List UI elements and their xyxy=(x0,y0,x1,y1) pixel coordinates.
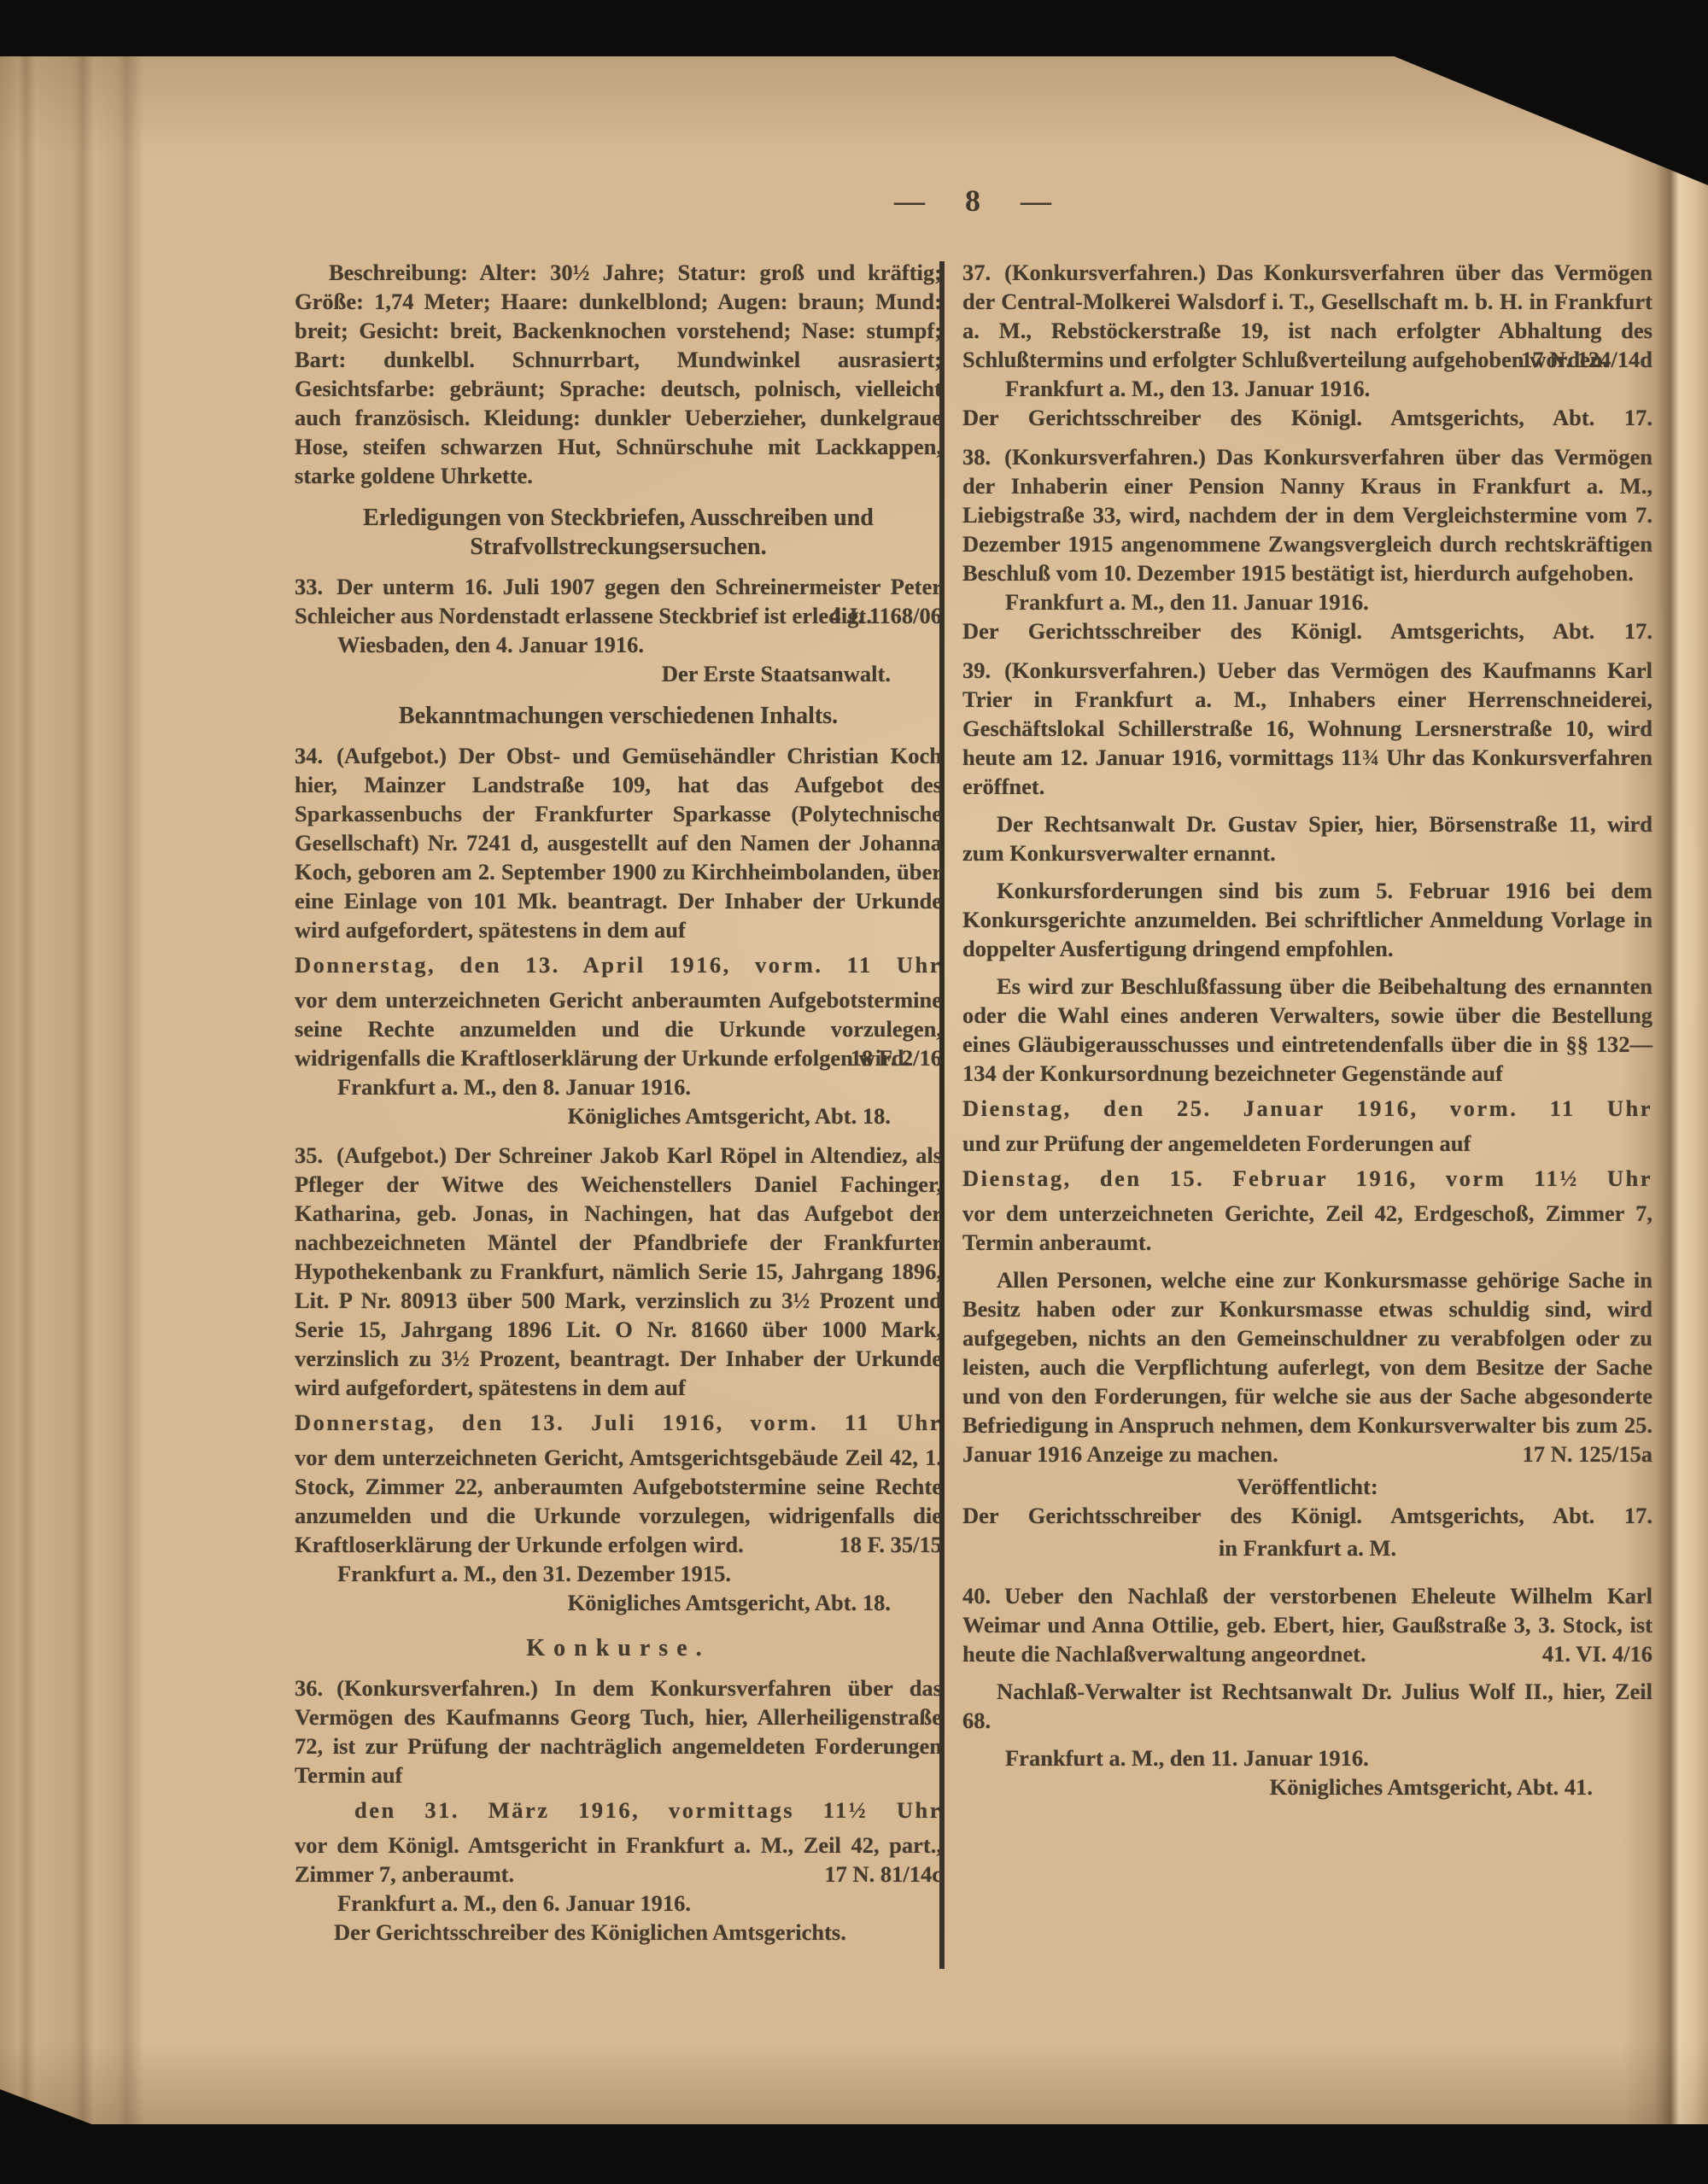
notice-39-administrator: Der Rechtsanwalt Dr. Gustav Spier, hier,… xyxy=(962,809,1652,867)
notice-39-case-ref: 17 N. 125/15a xyxy=(1489,1439,1652,1469)
notice-35-text2: vor dem unterzeichneten Gericht, Amtsger… xyxy=(295,1443,942,1559)
notice-35-case-ref: 18 F. 35/15 xyxy=(839,1530,943,1559)
notice-39-resolution: Es wird zur Beschlußfassung über die Bei… xyxy=(962,972,1652,1088)
notice-39-published-place: in Frankfurt a. M. xyxy=(962,1533,1652,1562)
page-number: — 8 — xyxy=(295,183,1652,219)
notice-35-term-line: Donnerstag, den 13. Juli 1916, vorm. 11 … xyxy=(295,1408,942,1437)
right-column: 37.(Konkursverfahren.) Das Konkursverfah… xyxy=(962,258,1652,1807)
notice-36-text: (Konkursverfahren.) In dem Konkursverfah… xyxy=(295,1675,942,1788)
notice-36: 36.(Konkursverfahren.) In dem Konkursver… xyxy=(295,1673,942,1790)
notice-38-signature: Der Gerichtsschreiber des Königl. Amtsge… xyxy=(962,616,1652,645)
notice-36-term-line: den 31. März 1916, vormittags 11½ Uhr xyxy=(295,1796,942,1825)
notice-36-case-ref: 17 N. 81/14c xyxy=(824,1860,942,1889)
notice-37-case-ref: 17 N. 124/14d xyxy=(1521,345,1652,374)
notice-39-obligations-body: Allen Personen, welche eine zur Konkursm… xyxy=(962,1267,1652,1467)
notice-34-term-line: Donnerstag, den 13. April 1916, vorm. 11… xyxy=(295,950,942,979)
notice-35: 35.(Aufgebot.) Der Schreiner Jakob Karl … xyxy=(295,1141,942,1402)
notice-39-term-line-2: Dienstag, den 15. Februar 1916, vorm 11½… xyxy=(962,1164,1652,1193)
notice-35-signature: Königliches Amtsgericht, Abt. 18. xyxy=(295,1588,942,1617)
notice-34-dateline: Frankfurt a. M., den 8. Januar 1916. xyxy=(295,1072,942,1101)
scan-corner-shadow-top-right xyxy=(1392,55,1708,185)
notice-39-examination: und zur Prüfung der angemeldeten Forderu… xyxy=(962,1129,1652,1158)
notice-38-text: (Konkursverfahren.) Das Konkursverfahren… xyxy=(962,444,1652,586)
notice-35-text: (Aufgebot.) Der Schreiner Jakob Karl Röp… xyxy=(295,1142,942,1400)
notice-35-number: 35. xyxy=(295,1142,336,1168)
notice-35-dateline: Frankfurt a. M., den 31. Dezember 1915. xyxy=(295,1559,942,1588)
section-heading-konkurse: Konkurse. xyxy=(295,1634,942,1663)
notice-34-signature: Königliches Amtsgericht, Abt. 18. xyxy=(295,1101,942,1130)
notice-34: 34.(Aufgebot.) Der Obst- und Gemüsehändl… xyxy=(295,741,942,944)
notice-33-dateline: Wiesbaden, den 4. Januar 1916. xyxy=(295,630,942,659)
notice-39-published-by: Der Gerichtsschreiber des Königl. Amtsge… xyxy=(962,1501,1652,1530)
notice-39-published-label: Veröffentlicht: xyxy=(962,1472,1652,1501)
wanted-person-description: Beschreibung: Alter: 30½ Jahre; Statur: … xyxy=(295,258,942,490)
notice-39-court-location: vor dem unterzeichneten Gerichte, Zeil 4… xyxy=(962,1199,1652,1257)
notice-33-signature: Der Erste Staatsanwalt. xyxy=(295,659,942,688)
notice-34-number: 34. xyxy=(295,743,336,768)
notice-38-dateline: Frankfurt a. M., den 11. Januar 1916. xyxy=(962,587,1652,616)
notice-40: 40.Ueber den Nachlaß der verstorbenen Eh… xyxy=(962,1581,1652,1668)
left-column: Beschreibung: Alter: 30½ Jahre; Statur: … xyxy=(295,258,942,1947)
notice-37: 37.(Konkursverfahren.) Das Konkursverfah… xyxy=(962,258,1652,374)
notice-36-text2: vor dem Königl. Amtsgericht in Frankfurt… xyxy=(295,1831,942,1889)
notice-36-signature: Der Gerichtsschreiber des Königlichen Am… xyxy=(295,1918,942,1947)
notice-34-case-ref: 18 F. 2/16 xyxy=(851,1043,942,1072)
notice-34-text2-body: vor dem unterzeichneten Gericht anberaum… xyxy=(295,987,942,1071)
notice-39-claims-deadline: Konkursforderungen sind bis zum 5. Febru… xyxy=(962,876,1652,963)
section-heading-bekanntmachungen: Bekanntmachungen verschiedenen Inhalts. xyxy=(295,702,942,731)
notice-39: 39.(Konkursverfahren.) Ueber das Vermöge… xyxy=(962,656,1652,801)
notice-40-number: 40. xyxy=(962,1583,1004,1609)
notice-34-text: (Aufgebot.) Der Obst- und Gemüsehändler … xyxy=(295,743,942,943)
notice-40-case-ref: 41. VI. 4/16 xyxy=(1542,1639,1652,1668)
notice-36-number: 36. xyxy=(295,1675,336,1701)
notice-34-text2: vor dem unterzeichneten Gericht anberaum… xyxy=(295,985,942,1072)
book-page-scan: — 8 — Beschreibung: Alter: 30½ Jahre; St… xyxy=(0,56,1708,2124)
notice-37-signature: Der Gerichtsschreiber des Königl. Amtsge… xyxy=(962,403,1652,432)
notice-33: 33.Der unterm 16. Juli 1907 gegen den Sc… xyxy=(295,572,942,630)
notice-39-text: (Konkursverfahren.) Ueber das Vermögen d… xyxy=(962,657,1652,799)
notice-39-obligations: Allen Personen, welche eine zur Konkursm… xyxy=(962,1265,1652,1469)
notice-39-term-line-1: Dienstag, den 25. Januar 1916, vorm. 11 … xyxy=(962,1094,1652,1123)
section-heading-erledigungen: Erledigungen von Steckbriefen, Ausschrei… xyxy=(295,504,942,562)
notice-37-number: 37. xyxy=(962,260,1004,285)
notice-40-signature: Königliches Amtsgericht, Abt. 41. xyxy=(962,1772,1652,1802)
notice-38-number: 38. xyxy=(962,444,1004,470)
notice-33-number: 33. xyxy=(295,574,336,599)
notice-39-number: 39. xyxy=(962,657,1004,683)
notice-40-dateline: Frankfurt a. M., den 11. Januar 1916. xyxy=(962,1743,1652,1772)
notice-37-dateline: Frankfurt a. M., den 13. Januar 1916. xyxy=(962,374,1652,403)
notice-38: 38.(Konkursverfahren.) Das Konkursverfah… xyxy=(962,442,1652,587)
notice-36-dateline: Frankfurt a. M., den 6. Januar 1916. xyxy=(295,1889,942,1918)
notice-40-administrator: Nachlaß-Verwalter ist Rechtsanwalt Dr. J… xyxy=(962,1677,1652,1735)
scan-corner-shadow-bottom-left xyxy=(0,2089,94,2125)
notice-33-case-ref: 4 J. 1168/06 xyxy=(829,601,942,630)
